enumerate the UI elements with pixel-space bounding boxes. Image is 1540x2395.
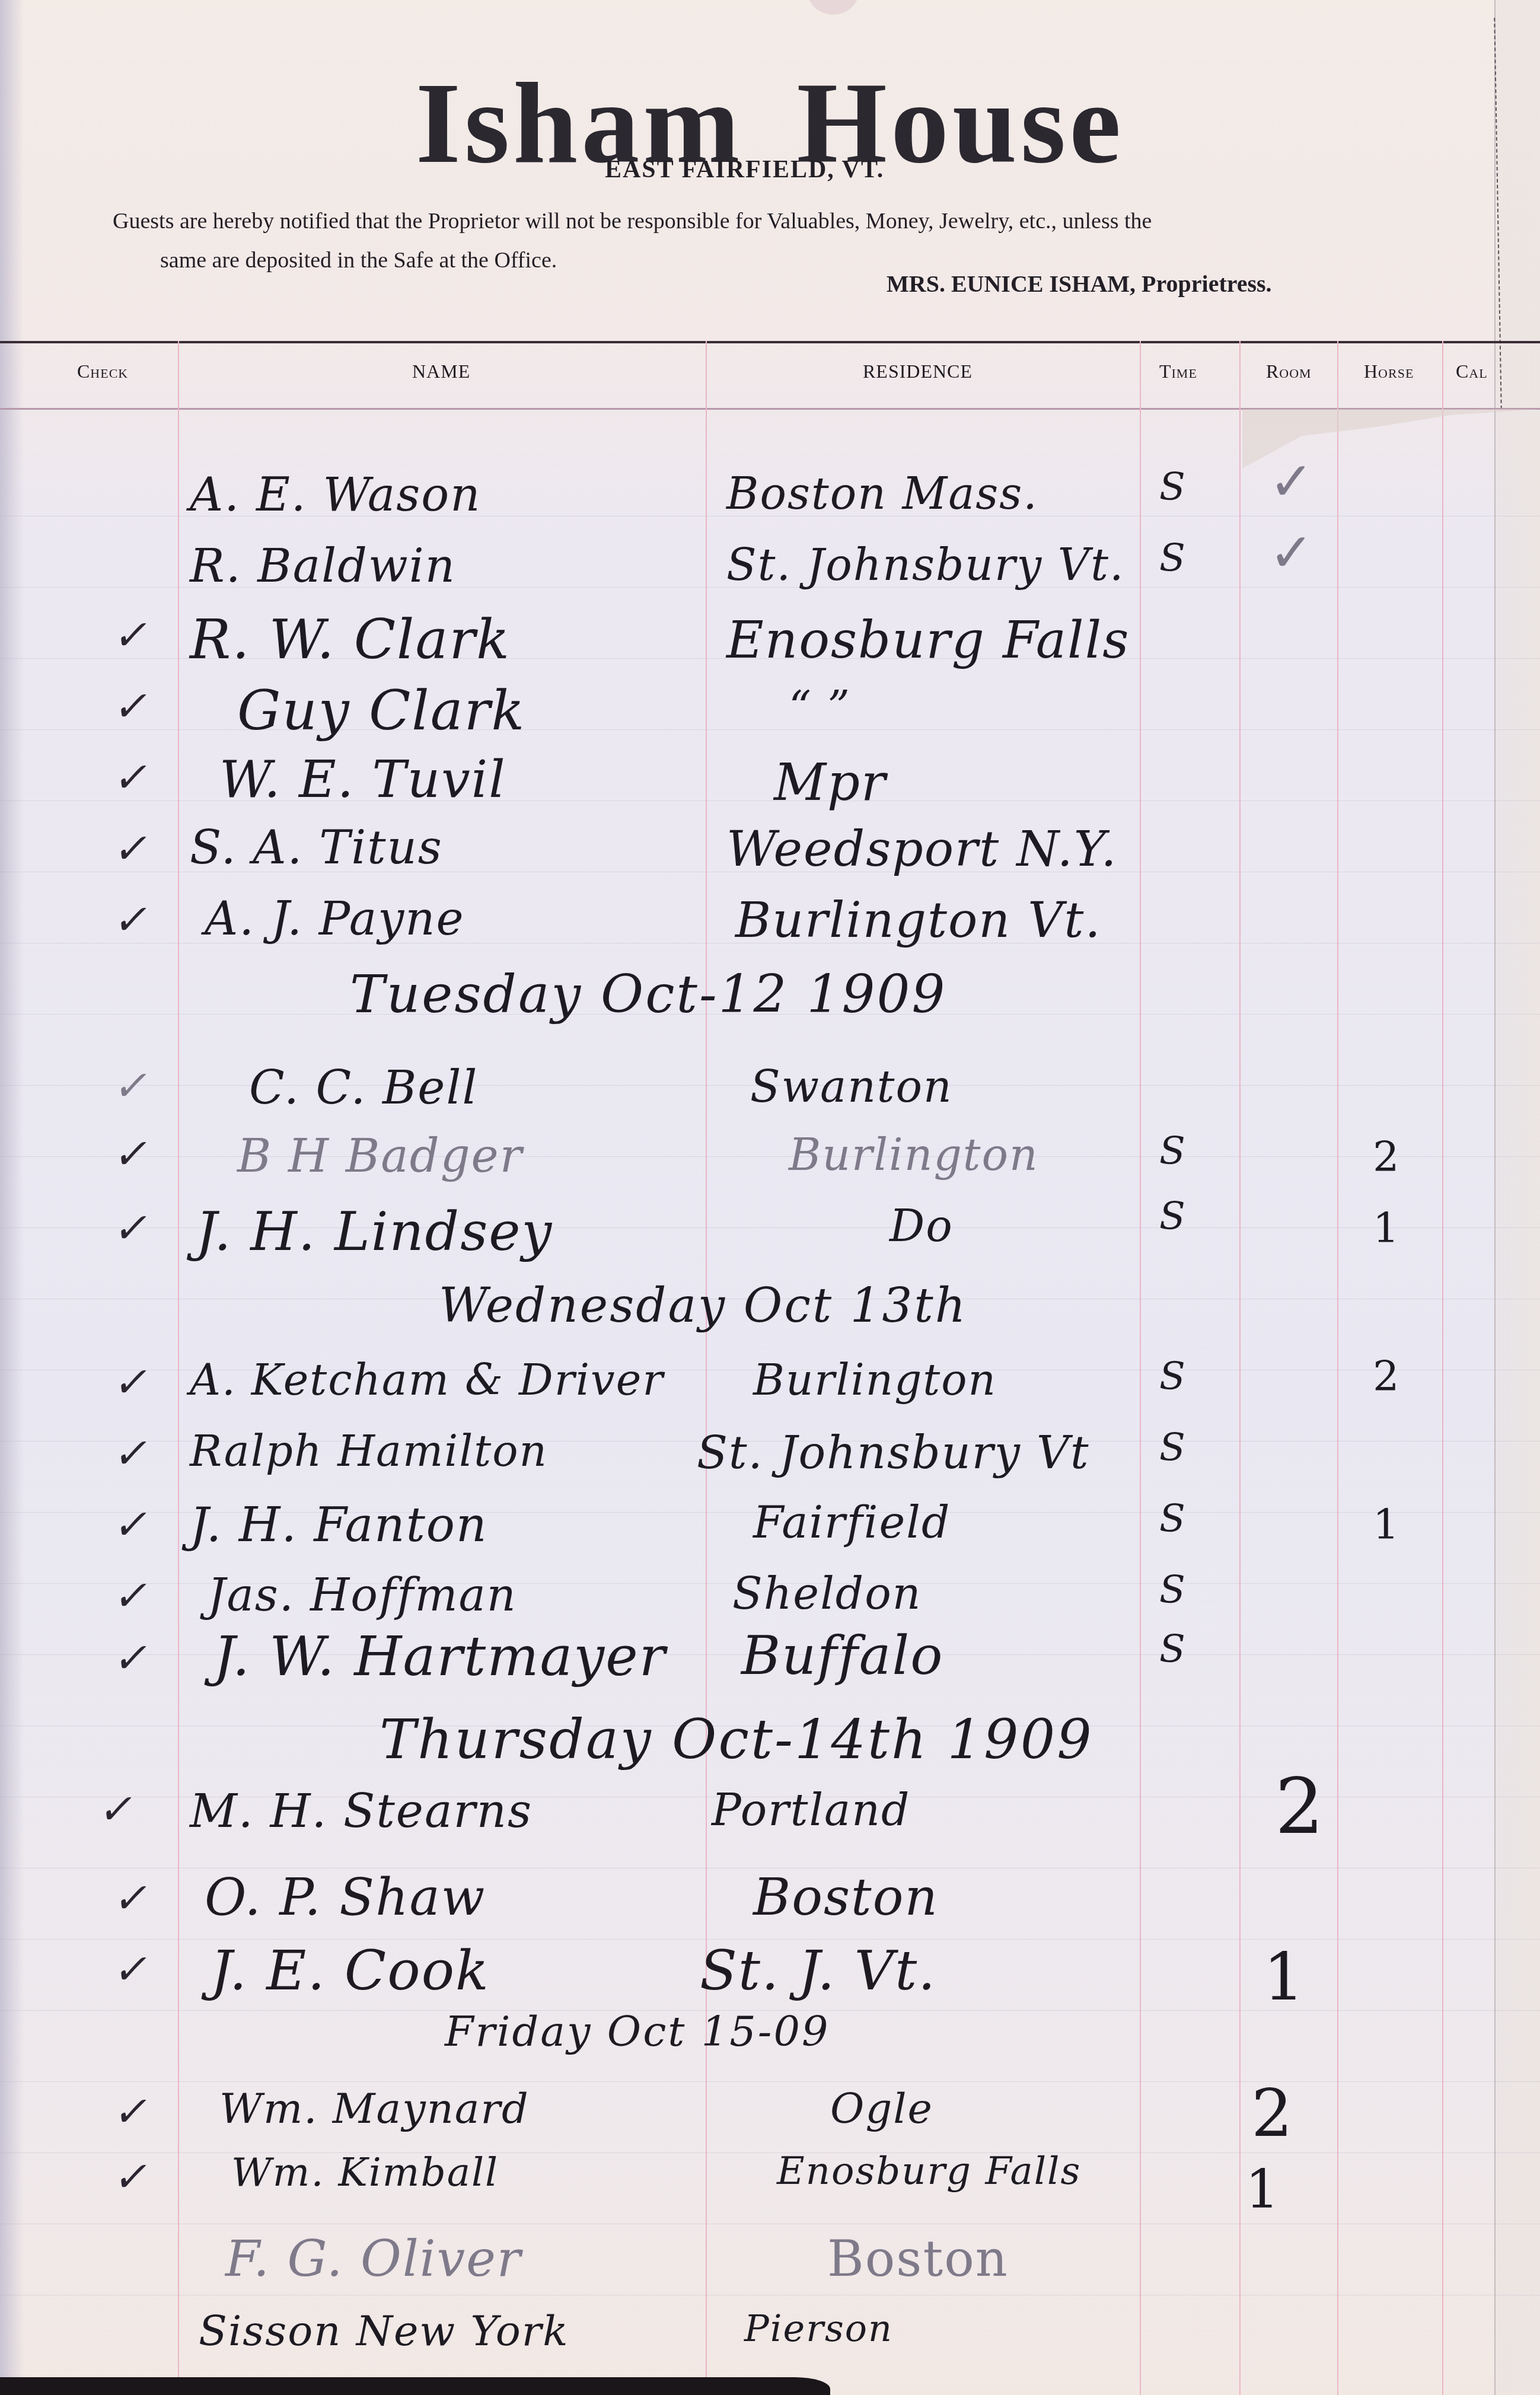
column-divider-residence [1140,341,1141,2395]
check-mark: ✓ [110,1500,155,1549]
guest-residence: Pierson [744,2307,893,2350]
guest-name: J. W. Hartmayer [213,1625,667,1688]
proprietress-name: MRS. EUNICE ISHAM, [887,270,1136,297]
column-header-name: NAME [412,361,470,382]
guest-name: F. G. Oliver [225,2230,522,2288]
column-divider-name [706,341,707,2395]
guest-name: J. H. Lindsey [196,1201,553,1263]
check-mark: ✓ [110,1945,155,1994]
check-mark: ✓ [110,753,155,802]
notice-line-1: Guests are hereby notified that the Prop… [113,209,1152,234]
check-mark: ✓ [110,1571,155,1620]
check-mark: ✓ [110,1634,155,1682]
column-header-horse: Horse [1364,361,1414,382]
check-mark: ✓ [110,682,155,731]
guest-name: A. J. Payne [205,892,465,946]
guest-name: M. H. Stearns [190,1785,533,1838]
guest-residence: Do [889,1201,954,1252]
horse-count: 2 [1373,1352,1399,1401]
ruling-line [0,2081,1540,2082]
guest-name: B H Badger [237,1130,523,1183]
room-number: 1 [1245,2158,1279,2221]
check-mark: ✓ [110,1358,155,1407]
guest-residence: Fairfield [753,1497,951,1548]
guest-residence: Enosburg Falls [726,611,1130,670]
guest-name: R. W. Clark [190,608,511,671]
page-bottom-shadow [0,2377,830,2395]
ruling-line [0,2295,1540,2295]
guest-name: C. C. Bell [249,1061,478,1115]
arrival-time: S [1159,537,1185,581]
guest-name: O. P. Shaw [205,1868,486,1927]
horse-count: 1 [1373,1500,1399,1549]
check-mark: ✓ [1269,522,1313,584]
guest-residence: Boston [827,2230,1009,2288]
column-divider-check [178,341,179,2395]
column-header-cal: Cal [1456,361,1488,382]
horse-count: 1 [1373,1204,1399,1252]
column-divider-horse [1442,341,1443,2395]
check-mark: ✓ [110,1874,155,1922]
proprietress-signature: MRS. EUNICE ISHAM, Proprietress. [887,270,1272,298]
guest-name: A. Ketcham & Driver [190,1355,664,1405]
guest-residence: Portland [712,1785,910,1836]
check-mark: ✓ [110,2087,155,2136]
check-mark: ✓ [110,1061,155,1110]
column-divider-time [1239,341,1241,2395]
check-mark: ✓ [110,611,155,659]
date-heading: Thursday Oct-14th 1909 [380,1708,1093,1771]
ruling-line [0,1156,1540,1157]
guest-name: J. E. Cook [211,1939,490,2002]
arrival-time: S [1159,1426,1185,1470]
check-mark: ✓ [1269,451,1313,513]
guest-name: R. Baldwin [190,540,456,593]
arrival-time: S [1159,1195,1185,1239]
guest-residence: St. Johnsbury Vt. [726,540,1124,591]
guest-name: Guy Clark [237,679,525,742]
check-mark: ✓ [110,1130,155,1178]
arrival-time: S [1159,1355,1185,1399]
guest-name: S. A. Titus [190,821,443,875]
guest-residence: Burlington Vt. [735,892,1101,949]
arrival-time: S [1159,1568,1185,1612]
guest-residence: Buffalo [741,1625,943,1687]
guest-residence: Burlington [753,1355,997,1405]
column-header-time: Time [1159,361,1197,382]
check-mark: ✓ [110,895,155,944]
check-mark: ✓ [95,1785,141,1833]
date-heading: Wednesday Oct 13th [439,1278,967,1333]
guest-residence: St. Johnsbury Vt [697,1426,1090,1479]
guest-residence: Enosburg Falls [777,2150,1081,2193]
guest-residence: St. J. Vt. [700,1939,936,2002]
guest-residence: Boston [753,1868,939,1927]
hotel-location: EAST FAIRFIELD, VT. [605,155,884,184]
column-header-check: Check [77,361,128,382]
guest-residence: Boston Mass. [726,468,1038,519]
register-page: IshamHouse EAST FAIRFIELD, VT. Guests ar… [0,0,1540,2395]
guest-residence: Burlington [789,1130,1039,1181]
room-number: 2 [1275,1761,1324,1851]
valuables-notice: Guests are hereby notified that the Prop… [113,202,1453,280]
column-header-room: Room [1266,361,1312,382]
guest-residence: Sheldon [732,1568,922,1619]
guest-name: Wm. Maynard [219,2084,530,2133]
column-divider-room [1337,341,1338,2395]
column-header-residence: RESIDENCE [863,361,973,382]
guest-name: Jas. Hoffman [208,1568,517,1621]
guest-residence: Mpr [774,753,887,812]
page-gutter-shadow [0,0,24,2395]
guest-name: J. H. Fanton [190,1497,487,1552]
guest-residence: Weedsport N.Y. [726,821,1118,878]
header-top-rule [0,341,1540,343]
guest-residence: Ogle [830,2084,933,2133]
guest-residence: Swanton [750,1061,953,1112]
check-mark: ✓ [110,824,155,873]
proprietress-role: Proprietress. [1142,270,1272,297]
check-mark: ✓ [110,1204,155,1252]
guest-name: Ralph Hamilton [190,1426,548,1476]
arrival-time: S [1159,1497,1185,1541]
arrival-time: S [1159,465,1185,509]
room-number: 2 [1251,2075,1293,2151]
check-mark: ✓ [110,2152,155,2201]
guest-name: Wm. Kimball [231,2150,499,2195]
horse-count: 2 [1373,1133,1399,1181]
date-heading: Tuesday Oct-12 1909 [350,964,947,1025]
torn-page-edge [1494,0,1540,2395]
arrival-time: S [1159,1628,1185,1672]
guest-name: Sisson New York [199,2307,569,2355]
guest-residence: “ ” [789,682,851,733]
arrival-time: S [1159,1130,1185,1173]
binding-fold [806,0,860,15]
guest-name: W. E. Tuvil [219,750,506,809]
ruling-line [0,2224,1540,2224]
guest-name: A. E. Wason [190,468,482,522]
date-heading: Friday Oct 15-09 [445,2007,830,2056]
ruling-line [0,729,1540,730]
room-number: 1 [1263,1939,1305,2015]
check-mark: ✓ [110,1429,155,1478]
